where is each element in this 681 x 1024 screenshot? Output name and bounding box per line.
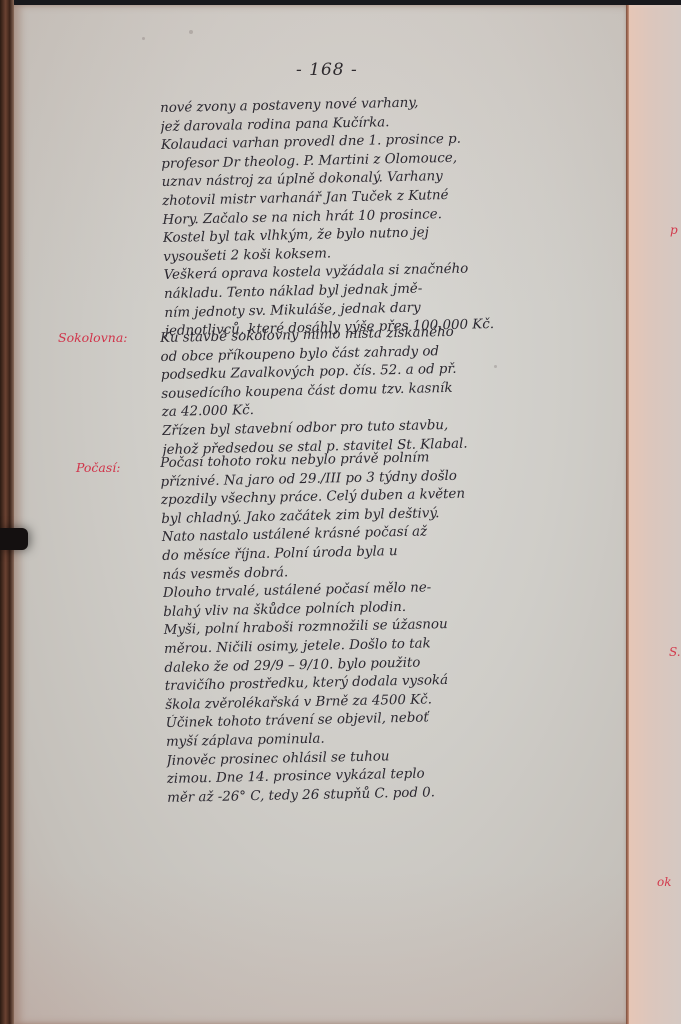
right-page-mark: ok	[657, 875, 672, 889]
paragraph-church: nové zvony a postaveny nové varhany, jež…	[160, 90, 625, 341]
book-spine-edge	[0, 0, 14, 1024]
paper-spot	[142, 37, 145, 40]
right-page-mark: p	[670, 223, 678, 237]
right-page-edge: p S. ok	[629, 5, 681, 1024]
page-number: - 168 -	[296, 60, 358, 80]
margin-label-pocasi: Počasí:	[76, 460, 121, 475]
scanned-book-spread: p S. ok - 168 - nové zvony a postaveny n…	[0, 0, 681, 1024]
paragraph-sokolovna: Ku stavbě sokolovny mimo místa získaného…	[160, 320, 623, 460]
binding-clip	[0, 528, 28, 550]
paper-spot	[189, 30, 193, 34]
margin-label-sokolovna: Sokolovna:	[58, 330, 128, 345]
paragraph-pocasi: Počasí tohoto roku nebylo právě polním p…	[160, 445, 627, 808]
right-page-mark: S.	[669, 645, 681, 659]
